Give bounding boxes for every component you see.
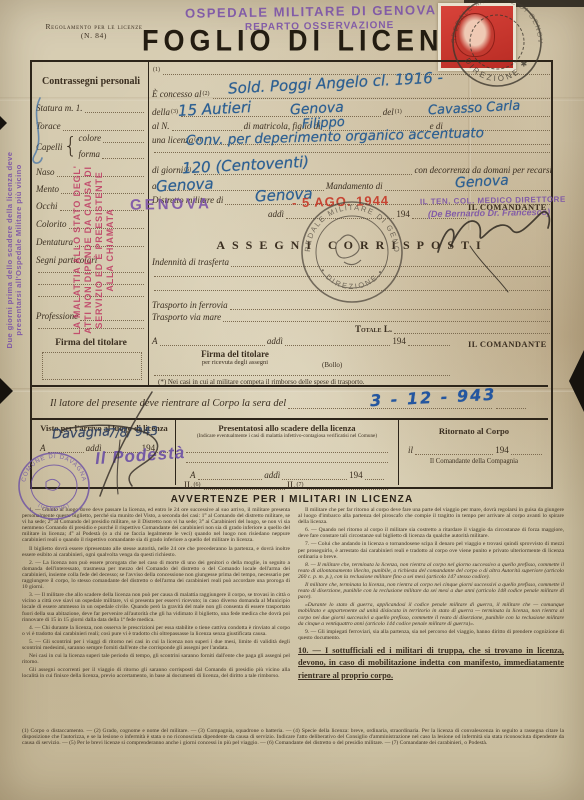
label-addi: addì — [268, 210, 284, 220]
label-a2: A — [152, 337, 158, 347]
postage-stamp-portrait — [455, 13, 495, 57]
document-sheet: Due giorni prima dello scadere della lic… — [0, 0, 584, 800]
label-totale: Totale L. — [355, 325, 392, 335]
firma-assegni-block: Firma del titolare per ricevuta degli as… — [165, 349, 305, 366]
field-dentatura: Dentatura — [36, 238, 73, 248]
margin-rotated-note: Due giorni prima dello scadere della lic… — [5, 95, 23, 405]
director-stamp-line2: (De Bernardo Dr. Francesco) — [428, 207, 550, 219]
col3-comandante: Il Comandante della Compagnia — [402, 458, 546, 465]
ref-1b: (1) — [395, 109, 402, 115]
field-torace: Torace — [36, 122, 61, 132]
malattia-stamp-line2: ATTI NON DIPENDE DA CAUSA DI — [83, 124, 94, 376]
avvertenze-paragraph: 7. — Colui che andando in licenza o torn… — [298, 541, 564, 559]
assegni-title: ASSEGNI CORRISPOSTI — [152, 238, 552, 253]
hw-place-a: Genova — [156, 175, 214, 196]
avvertenze-paragraph: 9. — Gli impiegati ferroviari, sia alla … — [298, 629, 564, 641]
avvertenze-paragraph: Gli assegni occorrenti per il viaggio di… — [22, 667, 290, 679]
label-mandamento: Mandamento di — [326, 182, 383, 192]
visto-col3-title: Ritornato al Corpo — [402, 426, 546, 436]
ref-6: (6) — [194, 482, 201, 488]
avvertenze-paragraph: 8. — Il militare che, terminata la licen… — [298, 562, 564, 580]
label-al-n: al N. — [152, 122, 170, 132]
label-ferrovia: Trasporto in ferrovia — [152, 301, 228, 311]
avvertenze-right-column: Il militare che per far ritorno al corpo… — [298, 507, 564, 725]
table-divider — [398, 420, 399, 485]
avvertenze-paragraph: 2. — La licenza non può essere prorogata… — [22, 560, 290, 590]
hospital-stamp-line1: OSPEDALE MILITARE DI GENOVA — [185, 2, 437, 21]
genova-stamp: GENOVA — [130, 195, 212, 213]
label-della: della — [152, 108, 170, 118]
field-naso: Naso — [36, 168, 55, 178]
ref-1: (1) — [153, 67, 160, 73]
col2-il6: IL — [184, 481, 193, 491]
hw-mandamento: Genova — [455, 173, 510, 192]
avvertenze-footnotes: (1) Corpo o distaccamento. — (2) Grado, … — [22, 728, 564, 746]
margin-note-line1: Due giorni prima dello scadere della lic… — [5, 95, 14, 405]
photo-corner — [569, 350, 584, 412]
margin-note-line2: presentarsi all'Ospedale Militare più vi… — [14, 95, 23, 405]
col3-anno: 194 — [495, 446, 509, 456]
hw-visto-date: 7/8/ 943 — [108, 424, 159, 441]
section-rule — [32, 418, 548, 420]
field-mento: Mento — [36, 185, 59, 195]
latore-text: Il latore del presente deve rientrare al… — [50, 398, 286, 410]
contrassegni-title: Contrassegni personali — [36, 76, 146, 87]
avvertenze-paragraph: Il militare che, terminata la licenza, n… — [298, 582, 564, 600]
field-capelli: Capelli — [36, 142, 63, 152]
hw-unit: 15 Autieri — [178, 98, 252, 120]
field-occhi: Occhi — [36, 202, 58, 212]
label-firma2: Firma del titolare — [165, 349, 305, 359]
hw-visto-place: Davagna — [52, 424, 111, 442]
field-statura: Statura m. 1. — [36, 104, 83, 114]
ref-2: (2) — [203, 91, 210, 97]
label-mare: Trasporto via mare — [152, 313, 221, 323]
col3-il: il — [408, 446, 413, 456]
label-anno2: 194 — [392, 337, 406, 347]
avvertenze-paragraph: «Durante lo stato di guerra, applicandos… — [298, 602, 564, 626]
visto-col2-title: Presentatosi allo scadere della licenza — [180, 423, 394, 433]
label-addi2: addì — [267, 337, 283, 347]
visto-col2-note: (Indicare eventualmente i casi di malatt… — [180, 434, 394, 440]
avvertenze-paragraph: 5. — Gli scontrini per i viaggi di ritor… — [22, 639, 290, 651]
malattia-stamp-line3: SERVIZIO ED È PREESISTENTE — [94, 124, 105, 376]
ref-7: (7) — [297, 482, 304, 488]
column-divider — [148, 62, 149, 385]
field-colorito: Colorito — [36, 220, 67, 230]
label-bollo: (Bollo) — [322, 361, 342, 369]
label-comandante2: IL COMANDANTE — [468, 339, 547, 349]
ref-3: (3) — [171, 109, 178, 115]
avvertenze-left-column: 1. — Giunto al luogo dove deve passare l… — [22, 507, 290, 725]
label-del: del — [383, 108, 394, 118]
label-ricevuta: per ricevuta degli assegni — [165, 359, 305, 366]
postage-stamp-art — [441, 6, 513, 68]
label-anno: 194 — [396, 210, 410, 220]
label-concesso: È concesso al — [152, 90, 202, 100]
avvertenze-paragraph: 1. — Giunto al luogo dove deve passare l… — [22, 507, 290, 544]
col2-addi: addì — [264, 471, 280, 481]
avvertenze-paragraph: Il militare che per far ritorno al corpo… — [298, 507, 564, 525]
malattia-stamp-line1: LA MALATTIA ALLO STATO DEGL' — [72, 124, 83, 376]
avvertenze-paragraph: Il biglietto dovrà essere ripresentato a… — [22, 546, 290, 558]
avvertenze-bold-notice: 10. — I sottufficiali ed i militari di t… — [298, 645, 564, 683]
label-indennita: Indennità di trasferta — [152, 258, 229, 268]
avvertenze-paragraph: Nei casi in cui la licenza superi tale p… — [22, 653, 290, 665]
label-giorni: di giorni — [152, 166, 183, 176]
form-footnote: (*) Nei casi in cui al militare competa … — [158, 378, 364, 386]
col2-il7: IL — [287, 481, 296, 491]
avvertenze-paragraph: 4. — Chi durante la licenza, non osserva… — [22, 625, 290, 637]
date-stamp: - 5 AGO. 1944 — [292, 193, 389, 211]
col1-a: A — [40, 444, 46, 454]
col2-anno: 194 — [349, 471, 363, 481]
malattia-stamp: LA MALATTIA ALLO STATO DEGL' ATTI NON DI… — [72, 124, 116, 376]
avvertenze-title: AVVERTENZE PER I MILITARI IN LICENZA — [92, 494, 492, 505]
avvertenze-paragraph: 3. — Il militare che allo scadere della … — [22, 592, 290, 622]
malattia-stamp-line4: ALLA CHIAMATA — [105, 124, 116, 376]
avvertenze-paragraph: 6. — Quando nel ritorno al corpo il mili… — [298, 527, 564, 539]
